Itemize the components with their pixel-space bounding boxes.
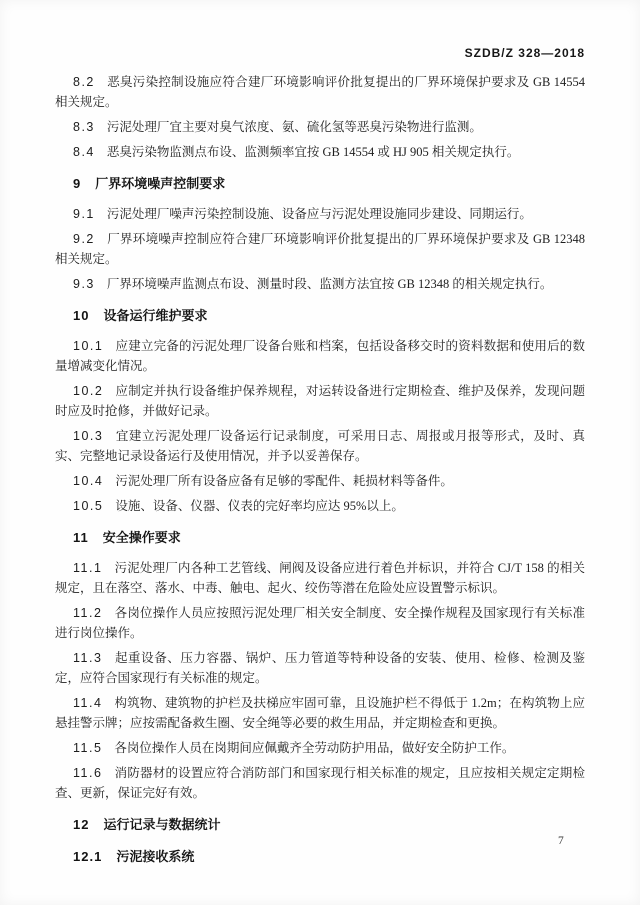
clause-text: 污泥处理厂宜主要对臭气浓度、氨、硫化氢等恶臭污染物进行监测。 xyxy=(107,120,482,134)
clause-text: 厂界环境噪声监测点布设、测量时段、监测方法宜按 GB 12348 的相关规定执行… xyxy=(107,277,553,291)
clause-number: 10.4 xyxy=(73,474,103,488)
clause-number: 11 xyxy=(73,530,89,545)
clause-text: 各岗位操作人员应按照污泥处理厂相关安全制度、安全操作规程及国家现行有关标准进行岗… xyxy=(55,606,585,640)
section-heading-text: 安全操作要求 xyxy=(103,530,181,545)
clause-text: 应建立完备的污泥处理厂设备台账和档案，包括设备移交时的资料数据和使用后的数量增减… xyxy=(55,339,585,373)
clause-text: 设施、设备、仪器、仪表的完好率均应达 95%以上。 xyxy=(115,499,404,513)
clause-paragraph: 10.1应建立完备的污泥处理厂设备台账和档案，包括设备移交时的资料数据和使用后的… xyxy=(55,336,585,376)
clause-paragraph: 8.2恶臭污染控制设施应符合建厂环境影响评价批复提出的厂界环境保护要求及 GB … xyxy=(55,72,585,112)
clause-paragraph: 8.3污泥处理厂宜主要对臭气浓度、氨、硫化氢等恶臭污染物进行监测。 xyxy=(55,117,585,137)
clause-number: 9.2 xyxy=(73,232,95,246)
section-heading-text: 厂界环境噪声控制要求 xyxy=(95,176,225,191)
clause-paragraph: 10.4污泥处理厂所有设备应备有足够的零配件、耗损材料等备件。 xyxy=(55,471,585,491)
section-heading-text: 设备运行维护要求 xyxy=(103,308,207,323)
clause-number: 8.2 xyxy=(73,75,95,89)
section-heading: 12.1污泥接收系统 xyxy=(55,847,585,867)
clause-paragraph: 11.6消防器材的设置应符合消防部门和国家现行相关标准的规定，且应按相关规定定期… xyxy=(55,763,585,803)
clause-text: 消防器材的设置应符合消防部门和国家现行相关标准的规定，且应按相关规定定期检查、更… xyxy=(55,766,585,800)
clause-text: 厂界环境噪声控制应符合建厂环境影响评价批复提出的厂界环境保护要求及 GB 123… xyxy=(55,232,585,266)
clause-number: 9.3 xyxy=(73,277,95,291)
clause-number: 9.1 xyxy=(73,207,95,221)
clause-paragraph: 10.2应制定并执行设备维护保养规程，对运转设备进行定期检查、维护及保养，发现问… xyxy=(55,381,585,421)
clause-text: 恶臭污染控制设施应符合建厂环境影响评价批复提出的厂界环境保护要求及 GB 145… xyxy=(55,75,585,109)
clause-number: 11.2 xyxy=(73,606,102,620)
document-code-header: SZDB/Z 328—2018 xyxy=(55,46,585,60)
clause-number: 11.6 xyxy=(73,766,102,780)
clause-paragraph: 9.3厂界环境噪声监测点布设、测量时段、监测方法宜按 GB 12348 的相关规… xyxy=(55,274,585,294)
clause-number: 10.3 xyxy=(73,429,103,443)
section-heading-text: 运行记录与数据统计 xyxy=(103,817,220,832)
clause-text: 污泥处理厂所有设备应备有足够的零配件、耗损材料等备件。 xyxy=(115,474,453,488)
document-page: SZDB/Z 328—2018 8.2恶臭污染控制设施应符合建厂环境影响评价批复… xyxy=(0,0,640,905)
clause-number: 10.5 xyxy=(73,499,103,513)
clause-number: 11.5 xyxy=(73,741,102,755)
section-heading: 11安全操作要求 xyxy=(55,528,585,548)
section-heading-text: 污泥接收系统 xyxy=(116,849,194,864)
clause-number: 10.2 xyxy=(73,384,103,398)
document-body: 8.2恶臭污染控制设施应符合建厂环境影响评价批复提出的厂界环境保护要求及 GB … xyxy=(55,72,585,867)
clause-number: 8.3 xyxy=(73,120,95,134)
clause-paragraph: 11.1污泥处理厂内各种工艺管线、闸阀及设备应进行着色并标识，并符合 CJ/T … xyxy=(55,558,585,598)
clause-text: 污泥处理厂内各种工艺管线、闸阀及设备应进行着色并标识，并符合 CJ/T 158 … xyxy=(55,561,585,595)
section-heading: 10设备运行维护要求 xyxy=(55,306,585,326)
clause-paragraph: 9.2厂界环境噪声控制应符合建厂环境影响评价批复提出的厂界环境保护要求及 GB … xyxy=(55,229,585,269)
clause-paragraph: 11.4构筑物、建筑物的护栏及扶梯应牢固可靠，且设施护栏不得低于 1.2m；在构… xyxy=(55,693,585,733)
clause-text: 宜建立污泥处理厂设备运行记录制度，可采用日志、周报或月报等形式，及时、真实、完整… xyxy=(55,429,585,463)
clause-paragraph: 9.1污泥处理厂噪声污染控制设施、设备应与污泥处理设施同步建设、同期运行。 xyxy=(55,204,585,224)
clause-paragraph: 10.3宜建立污泥处理厂设备运行记录制度，可采用日志、周报或月报等形式，及时、真… xyxy=(55,426,585,466)
clause-paragraph: 11.5各岗位操作人员在岗期间应佩戴齐全劳动防护用品，做好安全防护工作。 xyxy=(55,738,585,758)
clause-text: 构筑物、建筑物的护栏及扶梯应牢固可靠，且设施护栏不得低于 1.2m；在构筑物上应… xyxy=(55,696,585,730)
clause-text: 污泥处理厂噪声污染控制设施、设备应与污泥处理设施同步建设、同期运行。 xyxy=(107,207,532,221)
clause-text: 应制定并执行设备维护保养规程，对运转设备进行定期检查、维护及保养，发现问题时应及… xyxy=(55,384,585,418)
clause-number: 8.4 xyxy=(73,145,95,159)
clause-paragraph: 8.4恶臭污染物监测点布设、监测频率宜按 GB 14554 或 HJ 905 相… xyxy=(55,142,585,162)
clause-number: 11.4 xyxy=(73,696,102,710)
clause-text: 各岗位操作人员在岗期间应佩戴齐全劳动防护用品，做好安全防护工作。 xyxy=(114,741,514,755)
clause-number: 10 xyxy=(73,308,89,323)
clause-number: 12.1 xyxy=(73,849,102,864)
section-heading: 12运行记录与数据统计 xyxy=(55,815,585,835)
page-number: 7 xyxy=(558,835,564,847)
clause-text: 起重设备、压力容器、锅炉、压力管道等特种设备的安装、使用、检修、检测及鉴定，应符… xyxy=(55,651,585,685)
clause-number: 10.1 xyxy=(73,339,103,353)
clause-paragraph: 11.2各岗位操作人员应按照污泥处理厂相关安全制度、安全操作规程及国家现行有关标… xyxy=(55,603,585,643)
clause-number: 11.1 xyxy=(73,561,102,575)
clause-number: 12 xyxy=(73,817,89,832)
clause-number: 9 xyxy=(73,176,81,191)
clause-text: 恶臭污染物监测点布设、监测频率宜按 GB 14554 或 HJ 905 相关规定… xyxy=(107,145,520,159)
clause-paragraph: 10.5设施、设备、仪器、仪表的完好率均应达 95%以上。 xyxy=(55,496,585,516)
section-heading: 9厂界环境噪声控制要求 xyxy=(55,174,585,194)
clause-paragraph: 11.3起重设备、压力容器、锅炉、压力管道等特种设备的安装、使用、检修、检测及鉴… xyxy=(55,648,585,688)
clause-number: 11.3 xyxy=(73,651,102,665)
